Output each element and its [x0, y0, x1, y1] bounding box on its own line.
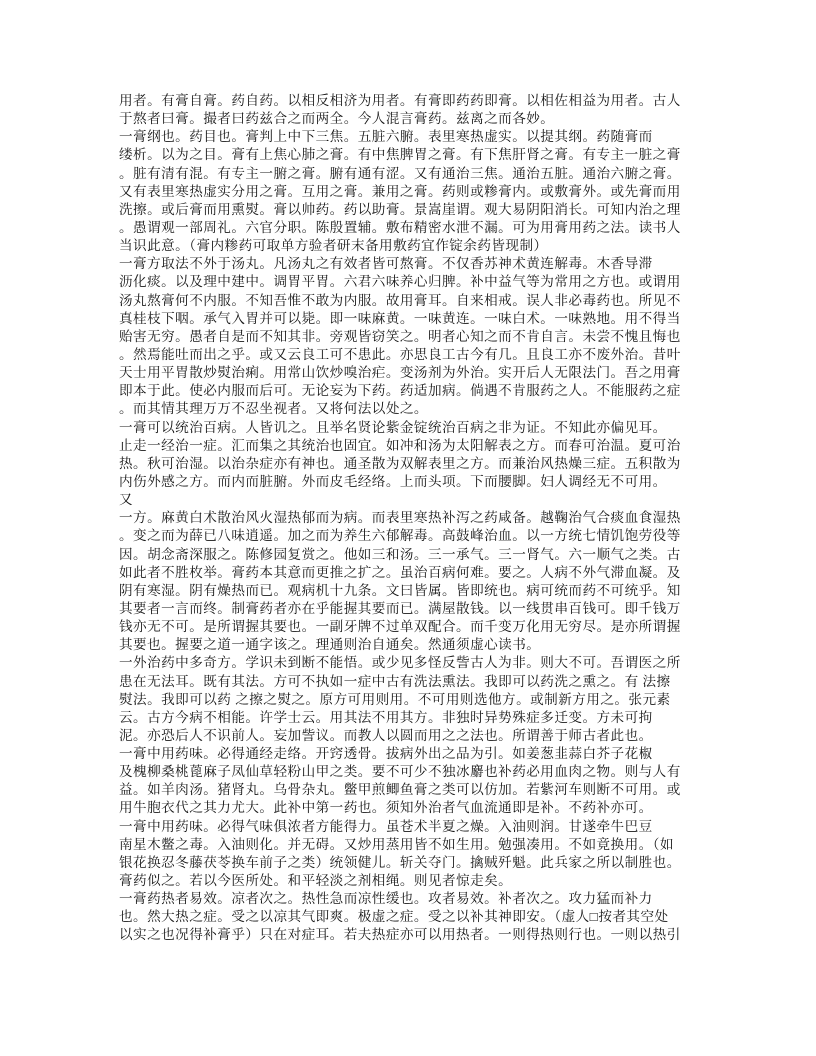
text-line: 泥。亦恐后人不识前人。妄加訾议。而教人以圆而用之之法也。所谓善于师古者此也。 — [119, 727, 705, 745]
text-line: 止走一经治一症。汇而集之其统治也固宜。如冲和汤为太阳解表之方。而春可治温。夏可治 — [119, 437, 705, 455]
document-body: 用者。有膏自膏。药自药。以相反相济为用者。有膏即药药即膏。以相佐相益为用者。古人… — [119, 92, 705, 945]
text-line: 一方。麻黄白术散治风火湿热郁而为病。而表里寒热补泻之药咸备。越鞠治气合痰血食湿热 — [119, 509, 705, 527]
text-line: 因。胡念斋深服之。陈修园复赏之。他如三和汤。三一承气。三一肾气。六一顺气之类。古 — [119, 546, 705, 564]
text-line: 洗擦。或后膏而用熏熨。膏以帅药。药以助膏。景嵩崖谓。观大易阴阳消长。可知内治之理 — [119, 201, 705, 219]
text-line: 也。然大热之症。受之以凉其气即爽。极虚之症。受之以补其神即安。（虚人□按者其空处 — [119, 908, 705, 926]
text-line: 及槐柳桑桃蓖麻子凤仙草轻粉山甲之类。要不可少不独冰麝也补药必用血肉之物。则与人有 — [119, 763, 705, 781]
text-line: 。变之而为薛已八味逍遥。加之而为养生六郁解毒。高鼓峰治血。以一方统七情饥饱劳役等 — [119, 527, 705, 545]
document-page: 用者。有膏自膏。药自药。以相反相济为用者。有膏即药药即膏。以相佐相益为用者。古人… — [0, 0, 816, 1056]
text-line: 真桂枝下咽。承气入胃并可以毙。即一味麻黄。一味黄连。一味白术。一味熟地。用不得当 — [119, 310, 705, 328]
text-line: 又有表里寒热虚实分用之膏。互用之膏。兼用之膏。药则或糁膏内。或敷膏外。或先膏而用 — [119, 183, 705, 201]
text-line: 银花换忍冬藤茯苓换车前子之类）统领健儿。斩关夺门。擒贼歼魁。此兵家之所以制胜也。 — [119, 854, 705, 872]
text-line: 膏药似之。若以今医所处。和平轻淡之剂相绳。则见者惊走矣。 — [119, 872, 705, 890]
text-line: 即本于此。使必内服而后可。无论妄为下药。药适加病。倘遇不肯服药之人。不能服药之症 — [119, 382, 705, 400]
text-line: 。然焉能吐而出之乎。或又云良工可不患此。亦思良工古今有几。且良工亦不废外治。昔叶 — [119, 346, 705, 364]
text-line: 一外治药中多奇方。学识未到断不能悟。或少见多怪反訾古人为非。则大不可。吾谓医之所 — [119, 654, 705, 672]
text-line: 益。如羊肉汤。猪肾丸。乌骨杂丸。鳖甲煎鲫鱼膏之类可以仿加。若紫河车则断不可用。或 — [119, 781, 705, 799]
text-line: 。脏有清有混。有专主一腑之膏。腑有通有涩。又有通治三焦。通治五脏。通治六腑之膏。 — [119, 165, 705, 183]
text-line: 又 — [119, 491, 705, 509]
text-line: 钱亦无不可。是所谓握其要也。一副牙牌不过单双配合。而千变万化用无穷尽。是亦所谓握 — [119, 618, 705, 636]
text-line: 以实之也况得补膏乎）只在对症耳。若夫热症亦可以用热者。一则得热则行也。一则以热引 — [119, 926, 705, 944]
text-line: 一膏中用药味。必得通经走络。开窍透骨。拔病外出之品为引。如姜葱韭蒜白芥子花椒 — [119, 745, 705, 763]
text-line: 其要也。握要之道一通字该之。理通则治自通矣。然通须虚心读书。 — [119, 636, 705, 654]
text-line: 其要者一言而终。制膏药者亦在乎能握其要而已。满屋散钱。以一线贯串百钱可。即千钱万 — [119, 600, 705, 618]
text-line: 贻害无穷。愚者自是而不知其非。旁观皆窃笑之。明者心知之而不肯自言。未尝不愧且悔也 — [119, 328, 705, 346]
text-line: 一膏方取法不外于汤丸。凡汤丸之有效者皆可熬膏。不仅香苏神术黄连解毒。木香导滞 — [119, 255, 705, 273]
text-line: 。愚谓观一部周礼。六官分职。陈殷置辅。敷布精密水泄不漏。可为用膏用药之法。读书人 — [119, 219, 705, 237]
text-line: 阴有寒湿。阴有燥热而已。观病机十九条。文曰皆属。皆即统也。病可统而药不可统乎。知 — [119, 582, 705, 600]
text-line: 热。秋可治湿。以治杂症亦有神也。通圣散为双解表里之方。而兼治风热燥三症。五积散为 — [119, 455, 705, 473]
text-line: 用牛胞衣代之其力尤大。此补中第一药也。须知外治者气血流通即是补。不药补亦可。 — [119, 799, 705, 817]
text-line: 云。古方今病不相能。许学士云。用其法不用其方。非独时异势殊症多迁变。方未可拘 — [119, 709, 705, 727]
text-line: 汤丸熬膏何不内服。不知吾惟不敢为内服。故用膏耳。自来相戒。误人非必毒药也。所见不 — [119, 292, 705, 310]
text-line: 一膏纲也。药目也。膏判上中下三焦。五脏六腑。表里寒热虚实。以提其纲。药随膏而 — [119, 128, 705, 146]
text-line: 熨法。我即可以药 之擦之熨之。原方可用则用。不可用则选他方。或制新方用之。张元素 — [119, 691, 705, 709]
text-line: 南星木鳖之毒。入油则化。并无碍。又炒用蒸用皆不如生用。勉强凑用。不如竟换用。（如 — [119, 836, 705, 854]
text-line: 。而其情其理万万不忍坐视者。又将何法以处之。 — [119, 400, 705, 418]
text-line: 一膏中用药味。必得气味俱浓者方能得力。虽苍术半夏之燥。入油则润。甘遂牵牛巴豆 — [119, 818, 705, 836]
text-line: 一膏药热者易效。凉者次之。热性急而凉性缓也。攻者易效。补者次之。攻力猛而补力 — [119, 890, 705, 908]
text-line: 缕析。以为之目。膏有上焦心肺之膏。有中焦脾胃之膏。有下焦肝肾之膏。有专主一脏之膏 — [119, 146, 705, 164]
text-line: 患在无法耳。既有其法。方可不执如一症中古有洗法熏法。我即可以药洗之熏之。有 法擦 — [119, 673, 705, 691]
text-line: 天士用平胃散炒熨治痢。用常山饮炒嗅治疟。变汤剂为外治。实开后人无限法门。吾之用膏 — [119, 364, 705, 382]
text-line: 一膏可以统治百病。人皆讥之。且举名贤论紫金锭统治百病之非为证。不知此亦偏见耳。 — [119, 419, 705, 437]
text-line: 内伤外感之方。而内而脏腑。外而皮毛经络。上而头项。下而腰脚。妇人调经无不可用。 — [119, 473, 705, 491]
text-line: 当识此意。（膏内糁药可取单方验者研末备用敷药宜作锭余药皆现制） — [119, 237, 705, 255]
text-line: 用者。有膏自膏。药自药。以相反相济为用者。有膏即药药即膏。以相佐相益为用者。古人 — [119, 92, 705, 110]
text-line: 沥化痰。以及理中建中。调胃平胃。六君六味养心归脾。补中益气等为常用之方也。或谓用 — [119, 273, 705, 291]
text-line: 于熬者曰膏。撮者曰药兹合之而两全。今人混言膏药。兹离之而各妙。 — [119, 110, 705, 128]
text-line: 如此者不胜枚举。膏药本其意而更推之扩之。虽治百病何难。要之。人病不外气滞血凝。及 — [119, 564, 705, 582]
